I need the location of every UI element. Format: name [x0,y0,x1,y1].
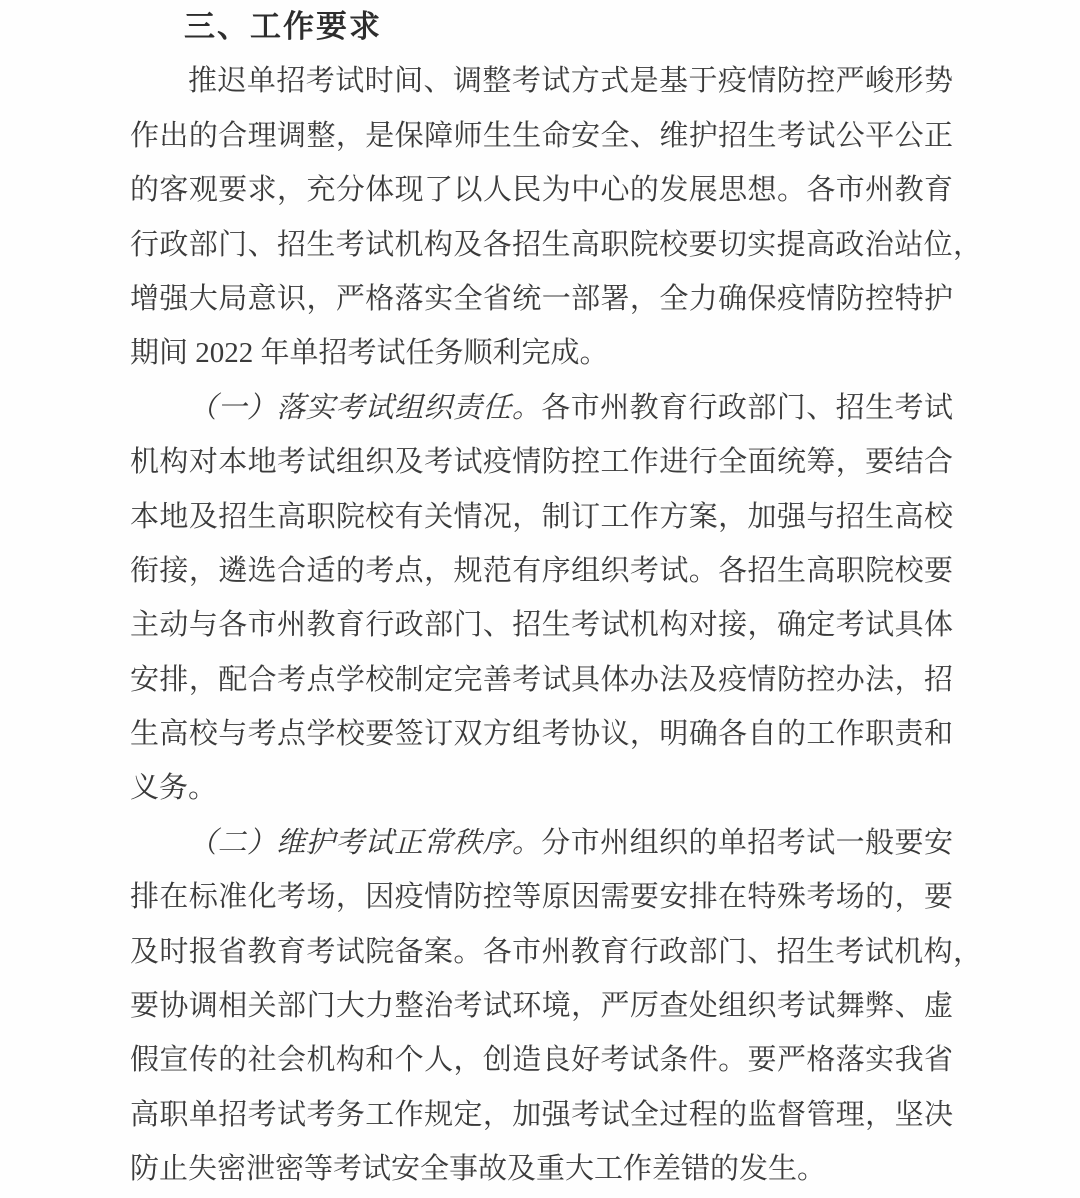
text-line: 机构对本地考试组织及考试疫情防控工作进行全面统筹，要结合 [130,435,953,489]
line-text: 分市州组织的单招考试一般要安 [541,827,953,859]
text-line: 要协调相关部门大力整治考试环境，严厉查处组织考试舞弊、虚 [130,979,953,1033]
text-line: （二）维护考试正常秩序。分市州组织的单招考试一般要安 [130,816,953,870]
text-line: 衔接，遴选合适的考点，规范有序组织考试。各招生高职院校要 [130,544,953,598]
text-line: 增强大局意识，严格落实全省统一部署，全力确保疫情防控特护 [130,272,953,326]
text-line: 行政部门、招生考试机构及各招生高职院校要切实提高政治站位， [130,218,982,272]
text-line: 安排，配合考点学校制定完善考试具体办法及疫情防控办法，招 [130,653,953,707]
document-body: 推迟单招考试时间、调整考试方式是基于疫情防控严峻形势作出的合理调整，是保障师生生… [130,54,1080,1196]
text-line: 生高校与考点学校要签订双方组考协议，明确各自的工作职责和 [130,707,953,761]
text-line: 推迟单招考试时间、调整考试方式是基于疫情防控严峻形势 [130,54,953,108]
text-line: 假宣传的社会机构和个人，创造良好考试条件。要严格落实我省 [130,1033,953,1087]
section-heading: 三、工作要求 [130,0,1080,54]
text-line: 及时报省教育考试院备案。各市州教育行政部门、招生考试机构， [130,925,982,979]
text-line: 排在标准化考场，因疫情防控等原因需要安排在特殊考场的，要 [130,870,953,924]
text-line: 高职单招考试考务工作规定，加强考试全过程的监督管理，坚决 [130,1088,953,1142]
text-line: 防止失密泄密等考试安全事故及重大工作差错的发生。 [130,1142,953,1196]
clause-lead: （一）落实考试组织责任。 [188,392,541,424]
document-page: 三、工作要求 推迟单招考试时间、调整考试方式是基于疫情防控严峻形势作出的合理调整… [0,0,1080,1198]
text-line: 主动与各市州教育行政部门、招生考试机构对接，确定考试具体 [130,598,953,652]
text-line: 的客观要求，充分体现了以人民为中心的发展思想。各市州教育 [130,163,953,217]
paragraph: （一）落实考试组织责任。各市州教育行政部门、招生考试机构对本地考试组织及考试疫情… [130,381,1080,816]
text-line: （一）落实考试组织责任。各市州教育行政部门、招生考试 [130,381,953,435]
text-line: 本地及招生高职院校有关情况，制订工作方案，加强与招生高校 [130,490,953,544]
paragraph: （二）维护考试正常秩序。分市州组织的单招考试一般要安排在标准化考场，因疫情防控等… [130,816,1080,1197]
clause-lead: （二）维护考试正常秩序。 [188,827,541,859]
line-text: 各市州教育行政部门、招生考试 [541,392,953,424]
text-line: 期间 2022 年单招考试任务顺利完成。 [130,326,953,380]
text-line: 作出的合理调整，是保障师生生命安全、维护招生考试公平公正 [130,109,953,163]
paragraph: 推迟单招考试时间、调整考试方式是基于疫情防控严峻形势作出的合理调整，是保障师生生… [130,54,1080,380]
text-line: 义务。 [130,761,953,815]
